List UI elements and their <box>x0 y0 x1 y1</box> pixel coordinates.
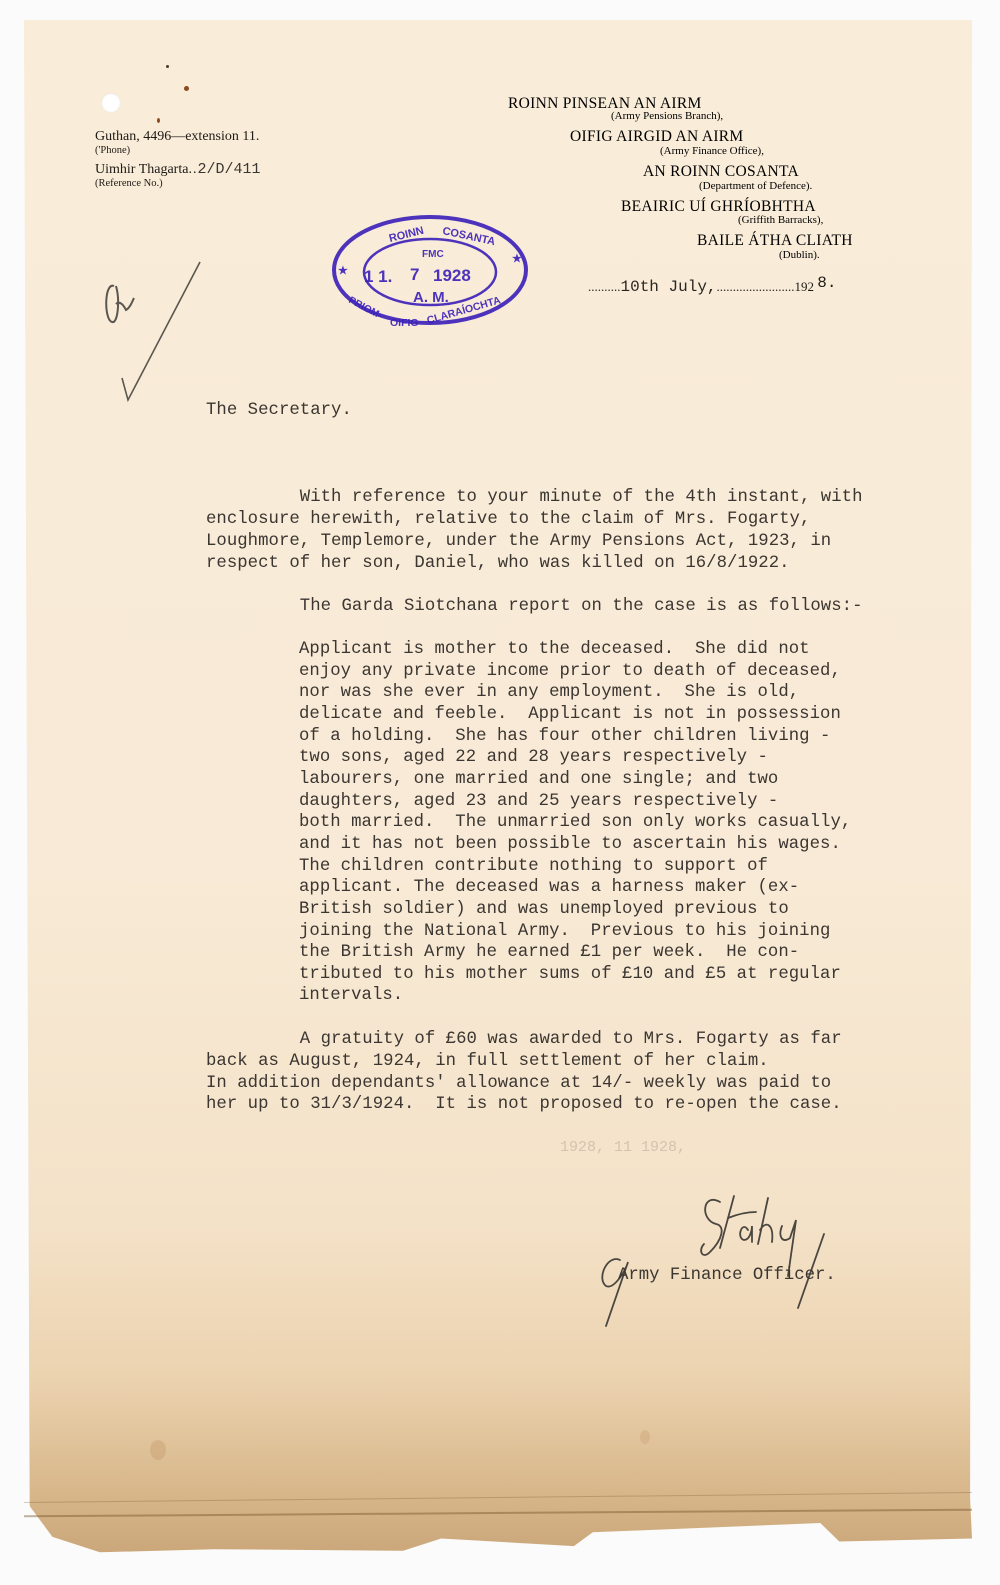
ink-spot <box>184 86 189 91</box>
body-line: enclosure herewith, relative to the clai… <box>206 509 810 531</box>
report-line: the British Army he earned £1 per week. … <box>299 942 799 964</box>
report-line: The children contribute nothing to suppo… <box>299 856 768 878</box>
report-line: daughters, aged 23 and 25 years respecti… <box>299 791 778 813</box>
svg-text:★: ★ <box>338 265 348 277</box>
reference-sublabel: (Reference No.) <box>95 178 260 190</box>
report-line: nor was she ever in any employment. She … <box>299 682 799 704</box>
signature-scribble-icon <box>592 1190 852 1330</box>
letterhead-line-english: (Army Pensions Branch), <box>611 110 723 122</box>
report-line: delicate and feeble. Applicant is not in… <box>299 704 841 726</box>
punch-hole <box>101 93 121 113</box>
letterhead-line-irish: BAILE ÁTHA CLIATH <box>697 232 853 250</box>
svg-text:★: ★ <box>512 253 522 265</box>
reference-number: 2/D/411 <box>197 161 260 178</box>
report-line: of a holding. She has four other childre… <box>299 726 830 748</box>
svg-text:FMC: FMC <box>422 249 444 260</box>
reference-label: Uimhir Thagarta <box>95 162 188 177</box>
handwritten-initials-tick <box>100 260 210 415</box>
body-line: her up to 31/3/1924. It is not proposed … <box>206 1094 842 1116</box>
letterhead-line-irish: AN ROINN COSANTA <box>643 163 799 181</box>
report-line: Applicant is mother to the deceased. She… <box>299 639 810 661</box>
body-line: Loughmore, Templemore, under the Army Pe… <box>206 531 831 553</box>
date-leader: .......... <box>588 279 621 294</box>
letterhead-left: Guthan, 4496—extension 11. ('Phone) Uimh… <box>95 128 260 194</box>
ink-spot <box>157 118 160 123</box>
phone-sublabel: ('Phone) <box>95 145 260 157</box>
report-line: applicant. The deceased was a harness ma… <box>299 877 799 899</box>
date-value: 10th July, <box>621 278 717 296</box>
report-line: British soldier) and was unemployed prev… <box>299 899 789 921</box>
handwritten-signature <box>592 1190 852 1335</box>
report-line: intervals. <box>299 985 403 1007</box>
letter-date: ..........10th July,....................… <box>588 274 836 296</box>
report-line: both married. The unmarried son only wor… <box>299 812 851 834</box>
ink-spot <box>166 65 169 68</box>
body-line: respect of her son, Daniel, who was kill… <box>206 553 790 575</box>
reference-line: Uimhir Thagarta..2/D/411 <box>95 161 260 178</box>
report-line: enjoy any private income prior to death … <box>299 661 841 683</box>
report-line: and it has not been possible to ascertai… <box>299 834 841 856</box>
paper-stain <box>640 1430 650 1444</box>
report-line: two sons, aged 22 and 28 years respectiv… <box>299 747 768 769</box>
letterhead-line-english: (Griffith Barracks), <box>738 214 823 226</box>
phone-label: Guthan, 4496—extension 11. <box>95 128 260 145</box>
svg-text:1 1.: 1 1. <box>364 267 392 286</box>
svg-text:OIFIG: OIFIG <box>390 317 419 329</box>
stamp-oval-icon: ROINN COSANTA FMC 1 1. 7 1928 A. M. PRIO… <box>330 212 530 332</box>
report-line: labourers, one married and one single; a… <box>299 769 778 791</box>
signatory-title: Army Finance Officer. <box>618 1266 836 1285</box>
body-line: With reference to your minute of the 4th… <box>206 487 863 509</box>
date-trailer: ........................ <box>717 279 795 294</box>
report-line: joining the National Army. Previous to h… <box>299 921 830 943</box>
body-line: A gratuity of £60 was awarded to Mrs. Fo… <box>206 1029 842 1051</box>
addressee: The Secretary. <box>206 400 352 422</box>
date-year-prefix: 192 <box>795 279 815 294</box>
letterhead-line-english: (Department of Defence). <box>699 180 812 192</box>
body-line: In addition dependants' allowance at 14/… <box>206 1073 831 1095</box>
svg-text:A. M.: A. M. <box>413 289 449 306</box>
faint-offset-text: 1928, 11 1928, <box>560 1139 686 1156</box>
date-year-digit: 8. <box>817 274 836 292</box>
letterhead-line-english: (Army Finance Office), <box>660 145 764 157</box>
paper-stain <box>150 1440 166 1460</box>
handwritten-tick-icon <box>100 260 210 410</box>
received-stamp: ROINN COSANTA FMC 1 1. 7 1928 A. M. PRIO… <box>330 212 530 332</box>
svg-text:PRIOM-: PRIOM- <box>347 295 384 322</box>
letterhead-line-english: (Dublin). <box>779 249 820 261</box>
paragraph-2: The Garda Siotchana report on the case i… <box>206 596 863 618</box>
letterhead-line-irish: OIFIG AIRGID AN AIRM <box>570 128 744 146</box>
body-line: back as August, 1924, in full settlement… <box>206 1051 769 1073</box>
svg-text:7: 7 <box>410 265 419 284</box>
report-line: tributed to his mother sums of £10 and £… <box>299 964 841 986</box>
svg-text:1928: 1928 <box>433 266 471 285</box>
